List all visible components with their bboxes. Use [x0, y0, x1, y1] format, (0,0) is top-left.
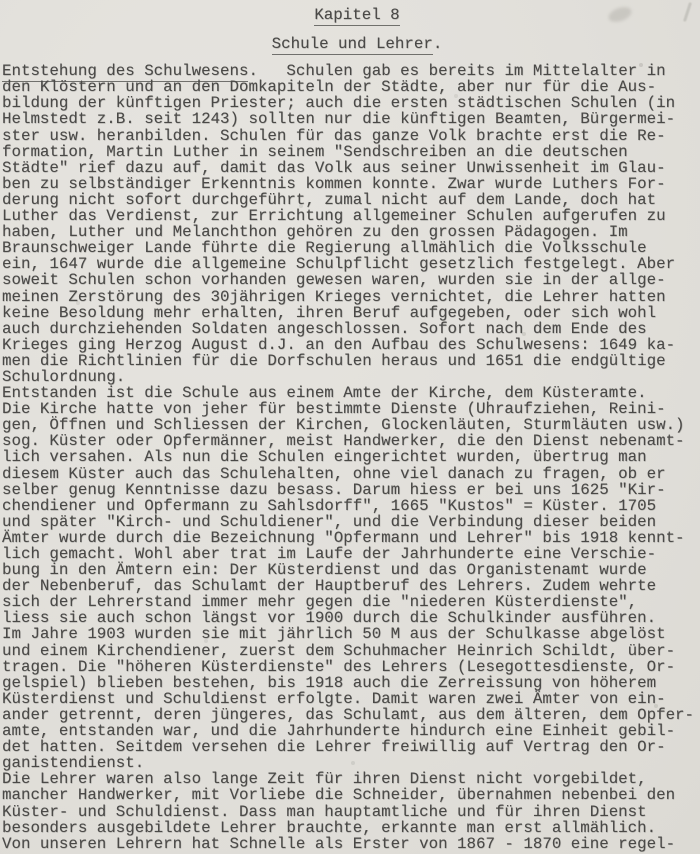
section-title-row: Schule und Lehrer.: [7, 36, 700, 52]
text-line: soweit Schulen schon vorhanden gewesen w…: [2, 272, 700, 288]
text-line: ster usw. heranbilden. Schulen für das g…: [2, 128, 700, 144]
text-line: auch durchziehenden Soldaten angeschloss…: [2, 321, 700, 337]
text-line: derung nicht sofort durchgeführt, zumal …: [2, 192, 700, 208]
text-line: sog. Küster oder Opfermänner, meist Hand…: [2, 433, 700, 449]
text-line: bildung der künftigen Priester; auch die…: [2, 95, 700, 111]
text-line: mancher Handwerker, mit Vorliebe die Sch…: [2, 787, 700, 803]
text-line: ein, 1647 wurde die allgemeine Schulpfli…: [2, 256, 700, 272]
text-line: chendiener und Opfermann zu Sahlsdorff",…: [2, 498, 700, 514]
text-line: ander getrennt, deren jüngeres, das Schu…: [2, 707, 700, 723]
section-title: Schule und Lehrer: [272, 35, 433, 55]
text-line: formation, Martin Luther in seinem "Send…: [2, 144, 700, 160]
section-title-period: .: [433, 35, 442, 53]
text-line: Braunschweiger Lande führte die Regierun…: [2, 240, 700, 256]
text-line: bung in den Ämtern ein: Der Küsterdienst…: [2, 562, 700, 578]
text-line: Von unseren Lehrern hat Schnelle als Ers…: [2, 836, 700, 852]
text-line: lich gemacht. Wohl aber trat im Laufe de…: [2, 546, 700, 562]
text-line: det hatten. Seitdem versehen die Lehrer …: [2, 739, 700, 755]
text-line: liess sie auch schon längst vor 1900 dur…: [2, 610, 700, 626]
text-line: der Nebenberuf, das Schulamt der Hauptbe…: [2, 578, 700, 594]
paragraph-2: Entstanden ist die Schule aus einem Amte…: [2, 385, 700, 771]
text-line: Im Jahre 1903 wurden sie mit jährlich 50…: [2, 626, 700, 642]
document-page: Kapitel 8 Schule und Lehrer. Entstehung …: [0, 0, 700, 854]
text-line: Die Lehrer waren also lange Zeit für ihr…: [2, 771, 700, 787]
text-line: tragen. Die "höheren Küsterdienste" des …: [2, 659, 700, 675]
text-line: Luther das Verdienst, zur Errichtung all…: [2, 208, 700, 224]
text-line: sich der Lehrerstand immer mehr gegen di…: [2, 594, 700, 610]
body-text: Entstehung des Schulwesens. Schulen gab …: [0, 63, 700, 852]
text-line: diesem Küster auch das Schulehalten, ohn…: [2, 466, 700, 482]
text-line: Die Kirche hatte von jeher für bestimmte…: [2, 401, 700, 417]
text-line: Entstanden ist die Schule aus einem Amte…: [2, 385, 700, 401]
paper-specks: [0, 0, 2, 2]
paragraph-1: den Klöstern und an den Domkapiteln der …: [2, 79, 700, 385]
text-line: Krieges ging Herzog August d.J. an den A…: [2, 337, 700, 353]
text-line: men die Richtlinien für die Dorfschulen …: [2, 353, 700, 369]
text-line: keine Besoldung mehr erhalten, ihren Ber…: [2, 305, 700, 321]
text-line: gelspiel) blieben bestehen, bis 1918 auc…: [2, 675, 700, 691]
text-line: den Klöstern und an den Domkapiteln der …: [2, 79, 700, 95]
text-line: haben, Luther und Melanchthon gehören zu…: [2, 224, 700, 240]
text-line: und einem Kirchendiener, zuerst dem Schu…: [2, 643, 700, 659]
text-line: Städte" rief dazu auf, damit das Volk au…: [2, 160, 700, 176]
chapter-title-row: Kapitel 8: [7, 0, 700, 23]
text-line: ben zu selbständiger Erkenntnis kommen k…: [2, 176, 700, 192]
text-line: und später "Kirch- und Schuldiener", und…: [2, 514, 700, 530]
text-line-lead: Entstehung des Schulwesens. Schulen gab …: [2, 63, 700, 79]
text-line: lich versahen. Als nun die Schulen einge…: [2, 449, 700, 465]
text-line: gen, Öffnen und Schliessen der Kirchen, …: [2, 417, 700, 433]
text-line: Helmstedt z.B. seit 1243) sollten nur di…: [2, 111, 700, 127]
text-line: amte, entstanden war, und die Jahrhunder…: [2, 723, 700, 739]
text-line: besonders ausgebildete Lehrer brauchte, …: [2, 820, 700, 836]
chapter-title: Kapitel 8: [314, 6, 399, 26]
text-line: Küster- und Schuldienst. Dass man haupta…: [2, 804, 700, 820]
paragraph-3: Die Lehrer waren also lange Zeit für ihr…: [2, 771, 700, 851]
text-line: Schulordnung.: [2, 369, 700, 385]
text-line: selber genug Kenntnisse dazu besass. Dar…: [2, 482, 700, 498]
text-line: meinen Zerstörung des 30jährigen Krieges…: [2, 289, 700, 305]
text-line: ganistendienst.: [2, 755, 700, 771]
text-line: Küsterdienst und Schuldienst erfolgte. D…: [2, 691, 700, 707]
text-line: Ämter wurde durch die Bezeichnung "Opfer…: [2, 530, 700, 546]
